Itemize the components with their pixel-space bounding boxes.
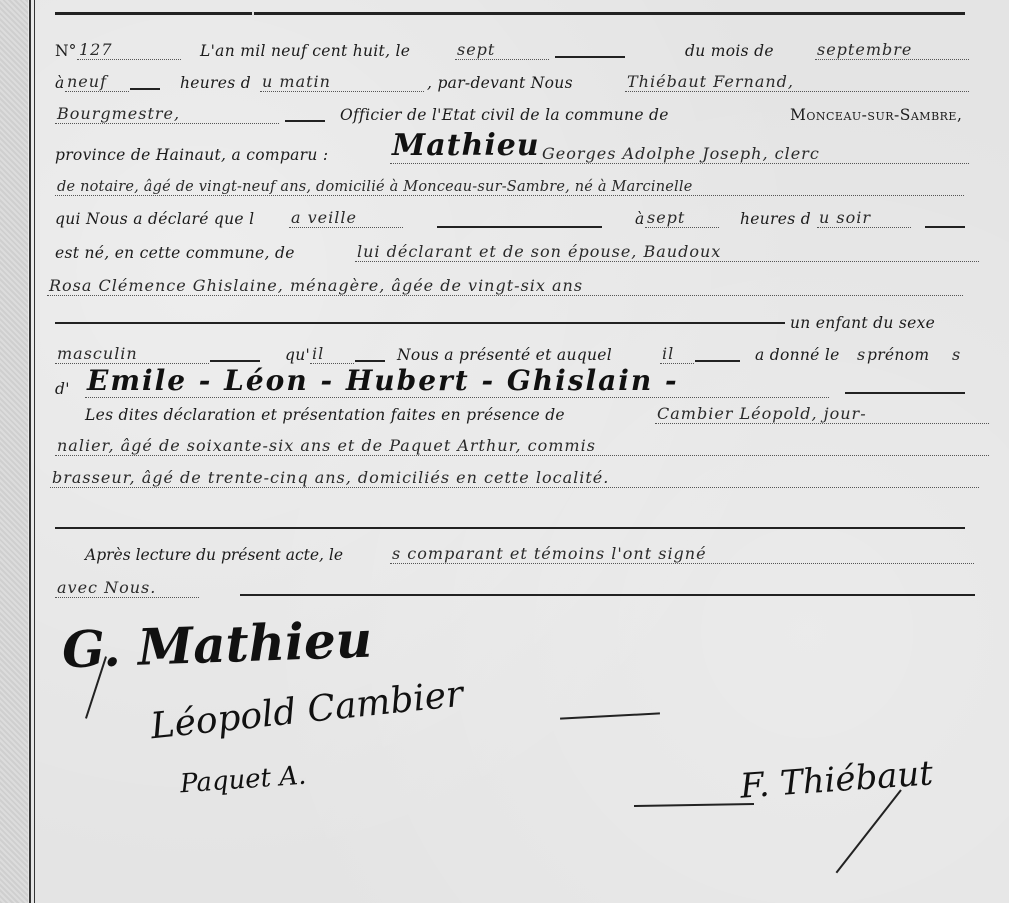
- witness-1-field: Cambier Léopold, jour-: [655, 404, 989, 424]
- filler-dash: [355, 360, 385, 362]
- printed-text: province de Hainaut, a comparu :: [55, 146, 328, 164]
- line-14: brasseur, âgé de trente-cinq ans, domici…: [55, 464, 967, 492]
- line-5: de notaire, âgé de vingt-neuf ans, domic…: [55, 172, 967, 200]
- signature-stroke: [560, 712, 660, 719]
- printed-text: , par-devant Nous: [427, 74, 573, 92]
- filler-dash: [130, 88, 160, 90]
- parents-field: lui déclarant et de son épouse, Baudoux: [355, 242, 979, 262]
- line-16: avec Nous.: [55, 574, 967, 602]
- line-8: Rosa Clémence Ghislaine, ménagère, âgée …: [55, 272, 967, 300]
- printed-text: d': [55, 380, 70, 398]
- printed-text: qu': [285, 346, 310, 364]
- commune-name: Monceau-sur-Sambre,: [790, 106, 962, 124]
- line-3: Bourgmestre, Officier de l'Etat civil de…: [55, 100, 967, 128]
- printed-text: Les dites déclaration et présentation fa…: [85, 406, 565, 424]
- act-number: 127: [77, 40, 181, 60]
- section-divider: [55, 527, 965, 529]
- closing-field: avec Nous.: [55, 578, 199, 598]
- certificate-page: N° 127 L'an mil neuf cent huit, le sept …: [0, 0, 1009, 903]
- declarant-surname: Mathieu: [390, 128, 542, 164]
- signature-stroke: [836, 789, 902, 873]
- month-field: septembre: [815, 40, 969, 60]
- filler-dash: [210, 360, 260, 362]
- line-2: à neuf heures d u matin , par-devant Nou…: [55, 68, 967, 96]
- line-13: nalier, âgé de soixante-six ans et de Pa…: [55, 432, 967, 460]
- witness-details: nalier, âgé de soixante-six ans et de Pa…: [55, 436, 989, 456]
- filler-dash: [695, 360, 740, 362]
- line-15: Après lecture du présent acte, le s comp…: [55, 540, 967, 568]
- top-divider: [55, 12, 965, 15]
- filler-dash: [925, 226, 965, 228]
- printed-text: a donné le: [755, 346, 840, 364]
- filler-dash: [240, 594, 975, 596]
- signature-stroke: [634, 803, 754, 807]
- printed-text: heures d: [180, 74, 251, 92]
- pronoun-field: il: [310, 344, 354, 364]
- witness-2-details: brasseur, âgé de trente-cinq ans, domici…: [50, 468, 979, 488]
- birth-hour-field: sept: [645, 208, 719, 228]
- printed-text: Après lecture du présent acte, le: [85, 546, 343, 564]
- birth-day-field: a veille: [289, 208, 403, 228]
- signature-witness-1: Léopold Cambier: [149, 674, 465, 748]
- line-12: Les dites déclaration et présentation fa…: [55, 400, 967, 428]
- declarant-details: de notaire, âgé de vingt-neuf ans, domic…: [55, 179, 964, 196]
- printed-text: Officier de l'Etat civil de la commune d…: [340, 106, 669, 124]
- sex-field: masculin: [55, 344, 209, 364]
- printed-text: est né, en cette commune, de: [55, 244, 295, 262]
- filler-dash: [845, 392, 965, 394]
- line-4: province de Hainaut, a comparu : Mathieu…: [55, 132, 967, 168]
- child-given-names: Emile - Léon - Hubert - Ghislain -: [85, 364, 829, 398]
- line-7: est né, en cette commune, de lui déclara…: [55, 238, 967, 266]
- day-field: sept: [455, 40, 549, 60]
- line-1: N° 127 L'an mil neuf cent huit, le sept …: [55, 36, 967, 64]
- declarant-given-names: Georges Adolphe Joseph, clerc: [540, 144, 969, 164]
- filler-dash: [437, 226, 602, 228]
- binding-margin: [0, 0, 28, 903]
- signing-statement: s comparant et témoins l'ont signé: [390, 544, 974, 564]
- line-11: d' Emile - Léon - Hubert - Ghislain -: [55, 366, 967, 402]
- margin-rule: [29, 0, 31, 903]
- signature-officer: F. Thiébaut: [739, 753, 934, 806]
- margin-rule: [34, 0, 35, 903]
- officer-title-field: Bourgmestre,: [55, 104, 279, 124]
- printed-text: qui Nous a déclaré que l: [55, 210, 254, 228]
- printed-text: Nous a présenté et auquel: [397, 346, 612, 364]
- mother-details: Rosa Clémence Ghislaine, ménagère, âgée …: [47, 276, 963, 296]
- line-6: qui Nous a déclaré que l a veille à sept…: [55, 204, 967, 232]
- plural-mark: s: [950, 345, 963, 364]
- filler-dash: [55, 322, 785, 324]
- signature-witness-2: Paquet A.: [179, 761, 307, 800]
- pronoun-field: il: [660, 344, 694, 364]
- birth-time-field: u soir: [817, 208, 911, 228]
- filler-dash: [555, 56, 625, 58]
- officer-name-field: Thiébaut Fernand,: [625, 72, 969, 92]
- printed-text: heures d: [740, 210, 811, 228]
- signature-declarant: G. Mathieu: [61, 610, 373, 680]
- divider-gap: [252, 11, 254, 16]
- printed-text: à: [55, 74, 65, 92]
- filler-dash: [285, 120, 325, 122]
- number-label: N°: [55, 42, 76, 60]
- printed-text: un enfant du sexe: [790, 314, 935, 332]
- printed-text: à: [635, 210, 645, 228]
- line-9: un enfant du sexe: [55, 308, 967, 336]
- printed-text: L'an mil neuf cent huit, le: [200, 42, 410, 60]
- time-of-day-field: u matin: [260, 72, 424, 92]
- printed-text: du mois de: [685, 42, 774, 60]
- printed-text: prénom: [867, 346, 929, 364]
- hour-field: neuf: [65, 72, 129, 92]
